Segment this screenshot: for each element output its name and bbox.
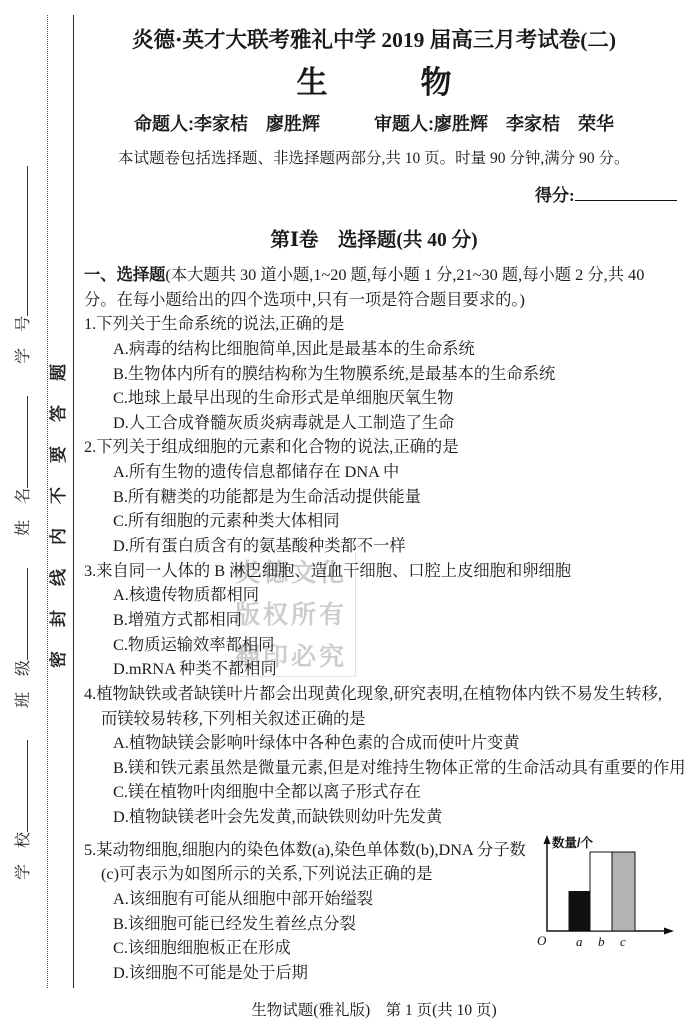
q4-option-d: D.植物缺镁老叶会先发黄,而缺铁则幼叶先发黄 xyxy=(84,805,665,830)
q3-option-a: A.核遗传物质都相同 xyxy=(84,583,665,608)
origin-label: O xyxy=(537,933,547,948)
student-id-blank xyxy=(12,166,28,316)
field-label-school: 学 校 xyxy=(15,832,32,880)
section-intro-line2: 分。在每小题给出的四个选项中,只有一项是符合题目要求的。) xyxy=(84,288,665,313)
q2-option-a: A.所有生物的遗传信息都储存在 DNA 中 xyxy=(84,460,665,485)
q4-option-a: A.植物缺镁会影响叶绿体中各种色素的合成而使叶片变黄 xyxy=(84,731,665,756)
q3-option-b: B.增殖方式都相同 xyxy=(84,608,665,633)
section-intro-rest: (本大题共 30 道小题,1~20 题,每小题 1 分,21~30 题,每小题 … xyxy=(165,265,644,284)
exam-header: 炎德·英才大联考雅礼中学 2019 届高三月考试卷(二) xyxy=(84,23,664,54)
bar-c xyxy=(612,852,635,931)
q1-option-d: D.人工合成脊髓灰质炎病毒就是人工制造了生命 xyxy=(84,411,665,436)
q5-chart: 数量/个 O a b c xyxy=(535,834,675,956)
bar-b-label: b xyxy=(598,934,605,949)
section-intro-bold: 一、选择题 xyxy=(84,265,165,284)
q4-option-b: B.镁和铁元素虽然是微量元素,但是对维持生物体正常的生命活动具有重要的作用 xyxy=(84,756,665,781)
q2-option-d: D.所有蛋白质含有的氨基酸种类都不一样 xyxy=(84,534,665,559)
q2-option-c: C.所有细胞的元素种类大体相同 xyxy=(84,509,665,534)
subject-title: 生 物 xyxy=(84,57,664,102)
bar-a-label: a xyxy=(576,934,583,949)
student-info-fields: 学 校 班 级 姓 名 学 号 xyxy=(10,60,34,880)
q3-stem: 3.来自同一人体的 B 淋巴细胞、造血干细胞、口腔上皮细胞和卵细胞 xyxy=(84,559,665,584)
q1-option-a: A.病毒的结构比细胞简单,因此是最基本的生命系统 xyxy=(84,337,665,362)
school-blank xyxy=(12,740,28,832)
q1-stem: 1.下列关于生命系统的说法,正确的是 xyxy=(84,312,665,337)
name-blank xyxy=(12,396,28,488)
q5-option-d: D.该细胞不可能是处于后期 xyxy=(84,961,665,986)
y-axis-arrow-icon xyxy=(544,835,551,844)
q3-option-d: D.mRNA 种类不都相同 xyxy=(84,657,665,682)
page-footer: 生物试题(雅礼版) 第 1 页(共 10 页) xyxy=(84,998,664,1020)
field-label-name: 姓 名 xyxy=(15,488,32,536)
seal-line-text: 密封线内不要答题 xyxy=(44,318,68,668)
bar-a xyxy=(569,891,590,931)
field-label-student-id: 学 号 xyxy=(15,316,32,364)
score-line: 得分: xyxy=(535,181,677,206)
y-axis-label: 数量/个 xyxy=(552,835,593,850)
authors-line: 命题人:李家桔 廖胜辉 审题人:廖胜辉 李家桔 荣华 xyxy=(84,110,664,136)
bar-c-label: c xyxy=(620,934,626,949)
x-axis-arrow-icon xyxy=(664,927,674,934)
exam-series-title: 炎德·英才大联考 xyxy=(132,28,290,53)
paper-note: 本试题卷包括选择题、非选择题两部分,共 10 页。时量 90 分钟,满分 90 … xyxy=(118,146,630,168)
q4-stem-cont: 而镁较易转移,下列相关叙述正确的是 xyxy=(84,707,665,732)
q2-stem: 2.下列关于组成细胞的元素和化合物的说法,正确的是 xyxy=(84,435,665,460)
margin-solid-line xyxy=(73,15,74,988)
score-blank xyxy=(575,184,677,201)
q4-stem: 4.植物缺铁或者缺镁叶片都会出现黄化现象,研究表明,在植物体内铁不易发生转移, xyxy=(84,682,665,707)
q4-option-c: C.镁在植物叶肉细胞中全都以离子形式存在 xyxy=(84,780,665,805)
q2-option-b: B.所有糖类的功能都是为生命活动提供能量 xyxy=(84,485,665,510)
score-label: 得分: xyxy=(535,186,575,205)
q1-option-c: C.地球上最早出现的生命形式是单细胞厌氧生物 xyxy=(84,386,665,411)
bar-b xyxy=(590,852,612,931)
class-blank xyxy=(12,568,28,660)
part-one-title: 第Ⅰ卷 选择题(共 40 分) xyxy=(84,224,664,252)
field-label-class: 班 级 xyxy=(15,660,32,708)
question-list: 一、选择题(本大题共 30 道小题,1~20 题,每小题 1 分,21~30 题… xyxy=(84,263,665,986)
q3-option-c: C.物质运输效率都相同 xyxy=(84,633,665,658)
exam-session-title: 雅礼中学 2019 届高三月考试卷(二) xyxy=(290,28,616,52)
q5-block: 数量/个 O a b c 5.某动物细胞,细胞内的染色体数(a),染色单体数(b… xyxy=(84,838,665,986)
q1-option-b: B.生物体内所有的膜结构称为生物膜系统,是最基本的生命系统 xyxy=(84,362,665,387)
section-intro-line1: 一、选择题(本大题共 30 道小题,1~20 题,每小题 1 分,21~30 题… xyxy=(84,263,665,288)
